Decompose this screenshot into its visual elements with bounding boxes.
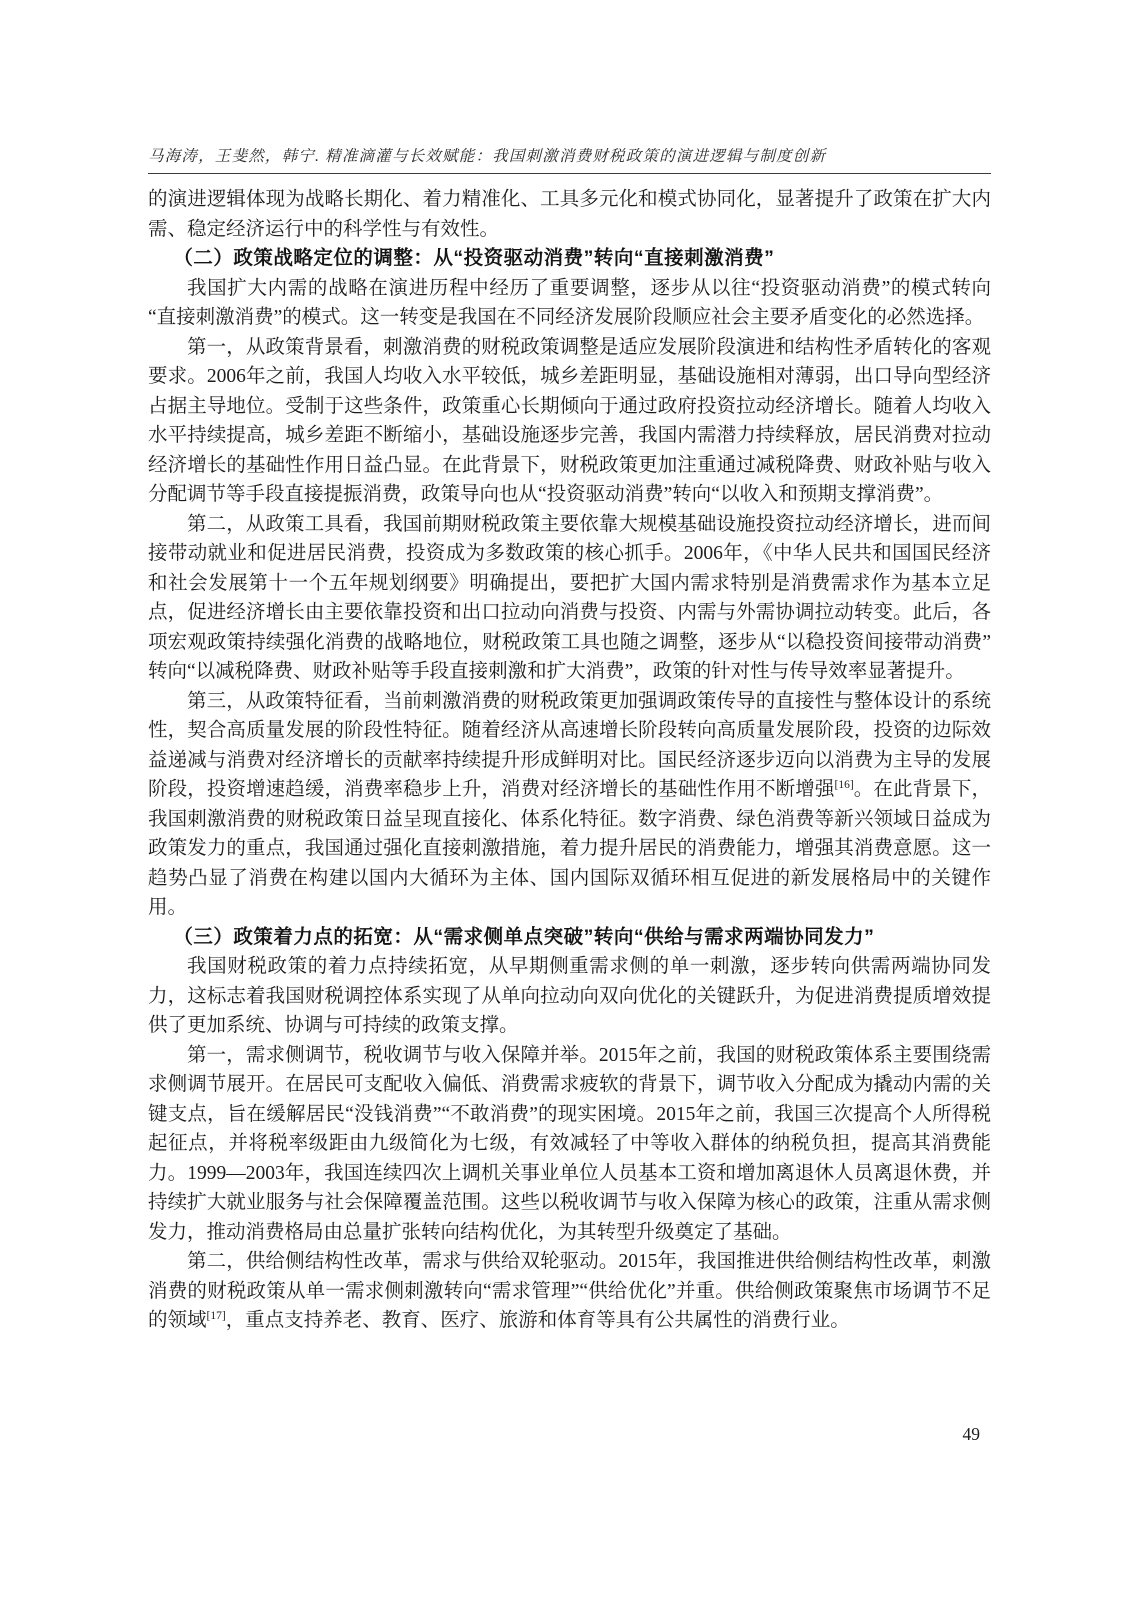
section-heading-3: （三）政策着力点的拓宽：从“需求侧单点突破”转向“供给与需求两端协同发力” [148, 923, 991, 953]
paragraph-section2-overview: 我国扩大内需的战略在演进历程中经历了重要调整，逐步从以往“投资驱动消费”的模式转… [148, 274, 991, 333]
paragraph-text: ，重点支持养老、教育、医疗、旅游和体育等具有公共属性的消费行业。 [226, 1310, 850, 1331]
paragraph-section2-first: 第一，从政策背景看，刺激消费的财税政策调整是适应发展阶段演进和结构性矛盾转化的客… [148, 333, 991, 510]
citation-ref-17: [17] [207, 1310, 226, 1322]
paragraph-continuation: 的演进逻辑体现为战略长期化、着力精准化、工具多元化和模式协同化，显著提升了政策在… [148, 185, 991, 244]
page-number: 49 [963, 1424, 981, 1445]
document-page: 马海涛，王斐然，韩宁. 精准滴灌与长效赋能：我国刺激消费财税政策的演进逻辑与制度… [0, 0, 1140, 1600]
header-rule [148, 173, 991, 174]
paragraph-section3-overview: 我国财税政策的着力点持续拓宽，从早期侧重需求侧的单一刺激，逐步转向供需两端协同发… [148, 952, 991, 1041]
paragraph-section3-first: 第一，需求侧调节，税收调节与收入保障并举。2015年之前，我国的财税政策体系主要… [148, 1041, 991, 1248]
text-column: 马海涛，王斐然，韩宁. 精准滴灌与长效赋能：我国刺激消费财税政策的演进逻辑与制度… [148, 147, 991, 1336]
citation-ref-16: [16] [835, 779, 854, 791]
paragraph-section2-third: 第三，从政策特征看，当前刺激消费的财税政策更加强调政策传导的直接性与整体设计的系… [148, 687, 991, 923]
paragraph-section2-second: 第二，从政策工具看，我国前期财税政策主要依靠大规模基础设施投资拉动经济增长，进而… [148, 510, 991, 687]
paragraph-section3-second: 第二，供给侧结构性改革，需求与供给双轮驱动。2015年，我国推进供给侧结构性改革… [148, 1247, 991, 1336]
running-header: 马海涛，王斐然，韩宁. 精准滴灌与长效赋能：我国刺激消费财税政策的演进逻辑与制度… [148, 147, 991, 166]
article-body: 的演进逻辑体现为战略长期化、着力精准化、工具多元化和模式协同化，显著提升了政策在… [148, 185, 991, 1336]
section-heading-2: （二）政策战略定位的调整：从“投资驱动消费”转向“直接刺激消费” [148, 244, 991, 274]
